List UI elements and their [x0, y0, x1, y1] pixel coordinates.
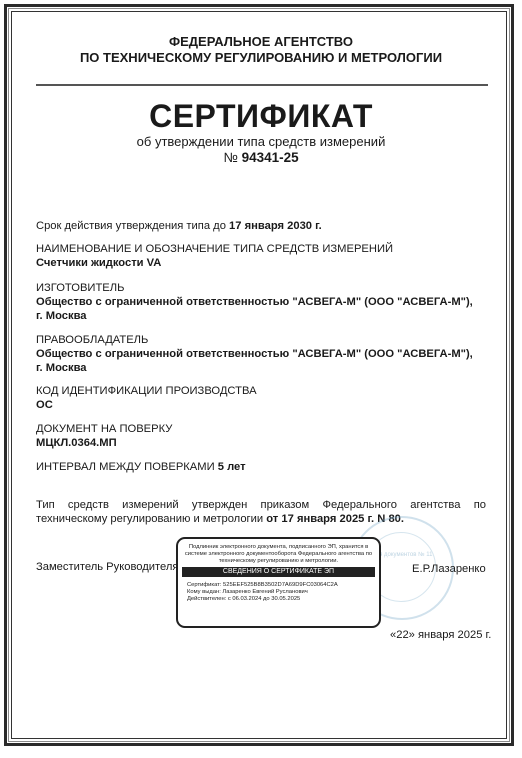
field-owner-city: г. Москва: [36, 361, 87, 375]
esig-note: Подлинник электронного документа, подпис…: [184, 544, 373, 565]
esig-validity: Действителен: с 06.03.2024 до 30.05.2025: [187, 596, 379, 603]
document-subtitle: об утверждении типа средств измерений: [0, 134, 522, 149]
validity-label: Срок действия утверждения типа до: [36, 220, 226, 232]
number-value: 94341-25: [242, 150, 299, 165]
esig-certificate: Сертификат: 525EEF525B8B3502D7A69D9FC030…: [187, 582, 379, 589]
interval-value: 5 лет: [218, 461, 246, 473]
document-title: СЕРТИФИКАТ: [0, 98, 522, 135]
field-manufacturer-value: Общество с ограниченной ответственностью…: [36, 295, 473, 309]
interval-label: ИНТЕРВАЛ МЕЖДУ ПОВЕРКАМИ: [36, 461, 215, 473]
field-type-value: Счетчики жидкости VA: [36, 256, 161, 270]
field-manufacturer-label: ИЗГОТОВИТЕЛЬ: [36, 281, 124, 295]
electronic-signature-box: Подлинник электронного документа, подпис…: [176, 537, 381, 628]
field-production-code-value: ОС: [36, 398, 53, 412]
interval-line: ИНТЕРВАЛ МЕЖДУ ПОВЕРКАМИ 5 лет: [36, 460, 246, 474]
header-divider: [36, 84, 488, 86]
validity-line: Срок действия утверждения типа до 17 янв…: [36, 219, 322, 233]
field-production-code-label: КОД ИДЕНТИФИКАЦИИ ПРОИЗВОДСТВА: [36, 384, 257, 398]
field-owner-label: ПРАВООБЛАДАТЕЛЬ: [36, 333, 148, 347]
validity-value: 17 января 2030 г.: [229, 220, 322, 232]
agency-line-1: ФЕДЕРАЛЬНОЕ АГЕНТСТВО: [0, 34, 522, 50]
esig-issued-to: Кому выдан: Лазаренко Евгений Русланович: [187, 589, 379, 596]
esig-header-bar: СВЕДЕНИЯ О СЕРТИФИКАТЕ ЭП: [182, 567, 375, 577]
field-verification-doc-value: МЦКЛ.0364.МП: [36, 436, 117, 450]
certificate-number: № 94341-25: [0, 150, 522, 165]
number-sign: №: [223, 150, 237, 165]
signatory-position: Заместитель Руководителя: [36, 561, 178, 573]
signatory-name: Е.Р.Лазаренко: [412, 563, 486, 575]
agency-name: ФЕДЕРАЛЬНОЕ АГЕНТСТВО ПО ТЕХНИЧЕСКОМУ РЕ…: [0, 34, 522, 66]
field-manufacturer-city: г. Москва: [36, 309, 87, 323]
agency-line-2: ПО ТЕХНИЧЕСКОМУ РЕГУЛИРОВАНИЮ И МЕТРОЛОГ…: [0, 50, 522, 66]
field-owner-value: Общество с ограниченной ответственностью…: [36, 347, 473, 361]
esig-details: Сертификат: 525EEF525B8B3502D7A69D9FC030…: [187, 582, 379, 603]
issue-date: «22» января 2025 г.: [390, 629, 491, 641]
field-type-label: НАИМЕНОВАНИЕ И ОБОЗНАЧЕНИЕ ТИПА СРЕДСТВ …: [36, 242, 393, 256]
field-verification-doc-label: ДОКУМЕНТ НА ПОВЕРКУ: [36, 422, 172, 436]
